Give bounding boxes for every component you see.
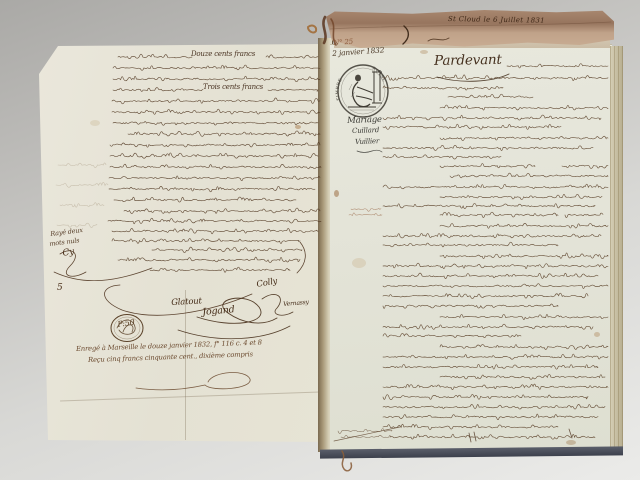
- foxing-spot: [420, 50, 428, 54]
- paraph-5: 5: [57, 284, 63, 293]
- margin-title-name2: Vuillier: [355, 138, 379, 146]
- foxing-spot: [594, 332, 600, 337]
- loose-manuscript-page: [38, 44, 330, 442]
- foxing-spot: [90, 120, 100, 126]
- photo-of-manuscript: TIMBRE ROYAL St Cloud le 6 Juillet 1831 …: [0, 0, 640, 480]
- margin-title-mariage: Mariage: [347, 116, 382, 126]
- dowry-amount-words: Douze cents francs: [191, 51, 255, 58]
- act-number: N° 25: [333, 39, 353, 47]
- foxing-spot: [352, 258, 366, 268]
- page-crease: [185, 290, 186, 440]
- signature-glatout: Glatout: [171, 297, 202, 307]
- margin-title-name1: Cuillard: [352, 127, 379, 135]
- register-bottom-edge: [320, 446, 623, 458]
- register-page: [330, 44, 612, 453]
- wax-speck: [308, 26, 316, 33]
- foxing-spot: [566, 440, 576, 445]
- register-fore-edge: [610, 46, 623, 452]
- foxing-spot: [334, 190, 339, 197]
- trousseau-amount-words: Trois cents francs: [203, 84, 263, 91]
- foxing-spot: [295, 125, 301, 129]
- act-opening-word: Pardevant: [434, 54, 502, 69]
